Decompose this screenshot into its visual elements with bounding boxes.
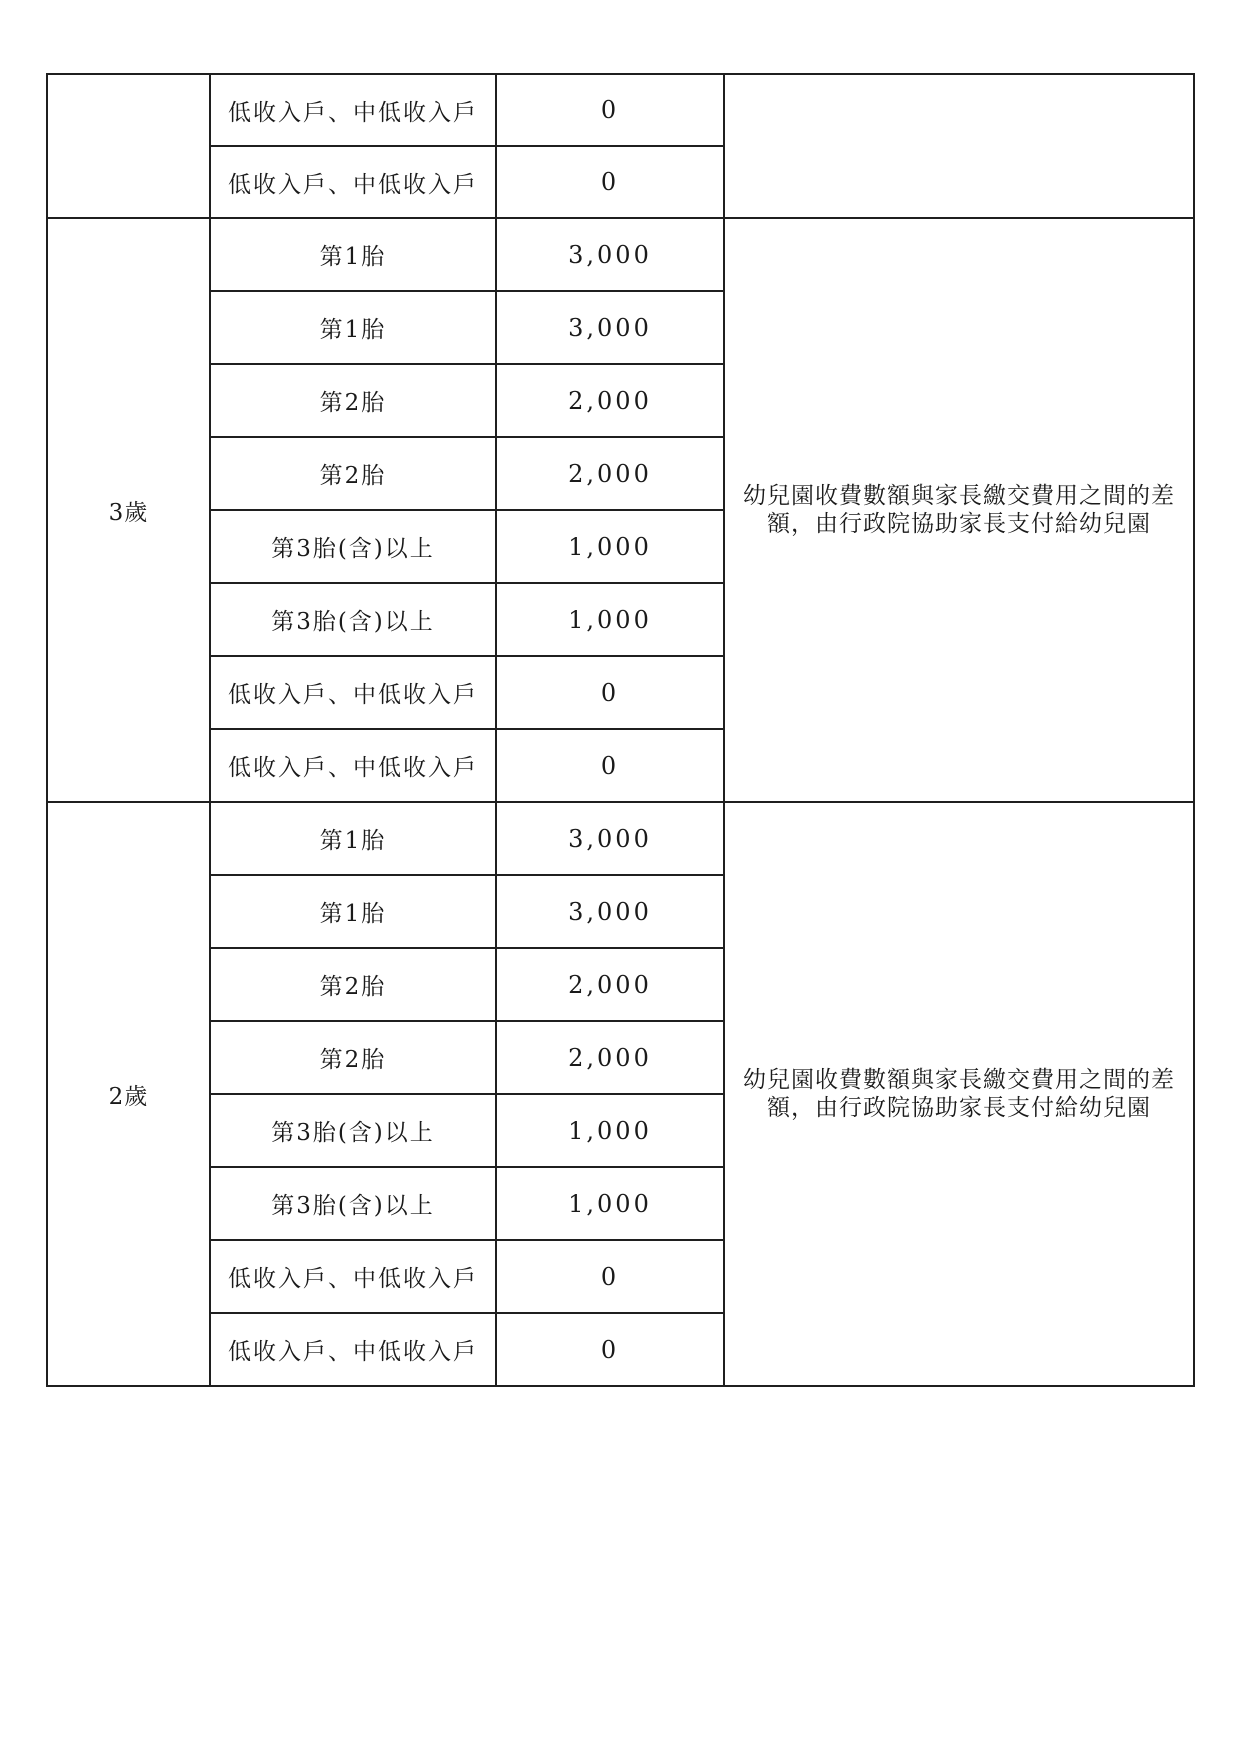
amount-cell: 0 bbox=[496, 656, 724, 729]
fee-table: 低收入戶、中低收入戶 0 低收入戶、中低收入戶 0 3歲 第1胎 3,000 幼… bbox=[46, 73, 1195, 1387]
category-cell: 第1胎 bbox=[210, 218, 496, 291]
amount-cell: 3,000 bbox=[496, 218, 724, 291]
note-cell: 幼兒園收費數額與家長繳交費用之間的差 額，由行政院協助家長支付給幼兒園 bbox=[724, 218, 1194, 802]
amount-cell: 0 bbox=[496, 729, 724, 802]
amount-cell: 3,000 bbox=[496, 875, 724, 948]
amount-cell: 2,000 bbox=[496, 1021, 724, 1094]
amount-cell: 3,000 bbox=[496, 802, 724, 875]
amount-cell: 1,000 bbox=[496, 583, 724, 656]
note-line: 幼兒園收費數額與家長繳交費用之間的差 bbox=[725, 1066, 1193, 1094]
category-cell: 第1胎 bbox=[210, 291, 496, 364]
amount-cell: 1,000 bbox=[496, 1094, 724, 1167]
note-cell: 幼兒園收費數額與家長繳交費用之間的差 額，由行政院協助家長支付給幼兒園 bbox=[724, 802, 1194, 1386]
amount-cell: 0 bbox=[496, 1240, 724, 1313]
category-cell: 低收入戶、中低收入戶 bbox=[210, 656, 496, 729]
table-row: 2歲 第1胎 3,000 幼兒園收費數額與家長繳交費用之間的差 額，由行政院協助… bbox=[47, 802, 1194, 875]
table-row: 3歲 第1胎 3,000 幼兒園收費數額與家長繳交費用之間的差 額，由行政院協助… bbox=[47, 218, 1194, 291]
category-cell: 第3胎(含)以上 bbox=[210, 1167, 496, 1240]
category-cell: 第3胎(含)以上 bbox=[210, 510, 496, 583]
age-cell bbox=[47, 74, 210, 218]
age-cell: 2歲 bbox=[47, 802, 210, 1386]
category-cell: 低收入戶、中低收入戶 bbox=[210, 729, 496, 802]
amount-cell: 0 bbox=[496, 146, 724, 218]
amount-cell: 1,000 bbox=[496, 1167, 724, 1240]
age-cell: 3歲 bbox=[47, 218, 210, 802]
category-cell: 第2胎 bbox=[210, 948, 496, 1021]
note-line: 額，由行政院協助家長支付給幼兒園 bbox=[725, 510, 1193, 538]
category-cell: 第2胎 bbox=[210, 364, 496, 437]
note-line: 額，由行政院協助家長支付給幼兒園 bbox=[725, 1094, 1193, 1122]
category-cell: 低收入戶、中低收入戶 bbox=[210, 74, 496, 146]
table-row: 低收入戶、中低收入戶 0 bbox=[47, 74, 1194, 146]
category-cell: 第1胎 bbox=[210, 875, 496, 948]
note-line: 幼兒園收費數額與家長繳交費用之間的差 bbox=[725, 482, 1193, 510]
category-cell: 第3胎(含)以上 bbox=[210, 583, 496, 656]
category-cell: 低收入戶、中低收入戶 bbox=[210, 146, 496, 218]
amount-cell: 3,000 bbox=[496, 291, 724, 364]
amount-cell: 0 bbox=[496, 1313, 724, 1386]
category-cell: 第2胎 bbox=[210, 437, 496, 510]
category-cell: 第1胎 bbox=[210, 802, 496, 875]
note-cell bbox=[724, 74, 1194, 218]
amount-cell: 2,000 bbox=[496, 364, 724, 437]
amount-cell: 2,000 bbox=[496, 948, 724, 1021]
category-cell: 低收入戶、中低收入戶 bbox=[210, 1313, 496, 1386]
amount-cell: 2,000 bbox=[496, 437, 724, 510]
document-page: 低收入戶、中低收入戶 0 低收入戶、中低收入戶 0 3歲 第1胎 3,000 幼… bbox=[0, 0, 1240, 1755]
category-cell: 第2胎 bbox=[210, 1021, 496, 1094]
category-cell: 第3胎(含)以上 bbox=[210, 1094, 496, 1167]
amount-cell: 0 bbox=[496, 74, 724, 146]
amount-cell: 1,000 bbox=[496, 510, 724, 583]
category-cell: 低收入戶、中低收入戶 bbox=[210, 1240, 496, 1313]
